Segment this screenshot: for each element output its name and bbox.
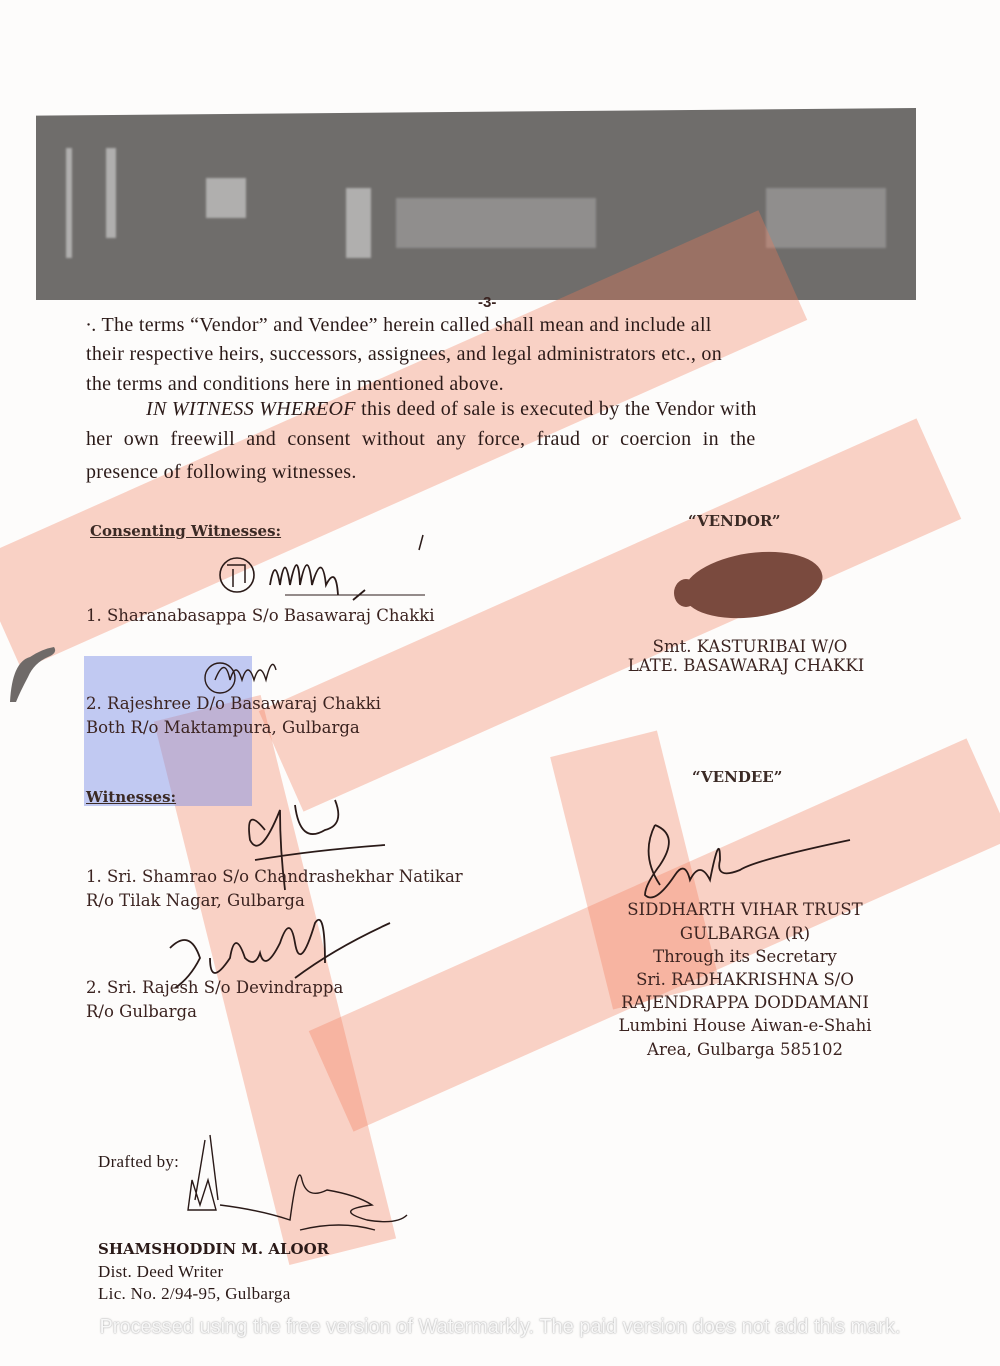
consenting-witness-2-residence: Both R/o Maktampura, Gulbarga	[86, 718, 360, 737]
vendor-heading: “VENDOR”	[688, 512, 780, 530]
signature-sharanabasappa	[215, 535, 445, 610]
paragraph-line: presence of following witnesses.	[86, 461, 357, 484]
vendee-line-1: SIDDHARTH VIHAR TRUST	[595, 900, 895, 919]
paragraph-line: ∙. The terms “Vendor” and Vendee” herein…	[86, 314, 712, 337]
vendor-name-line2: LATE. BASAWARAJ CHAKKI	[596, 656, 896, 675]
witnesses-heading: Witnesses:	[86, 788, 176, 806]
paragraph-line: their respective heirs, successors, assi…	[86, 343, 722, 366]
vendee-line-7: Area, Gulbarga 585102	[595, 1040, 895, 1059]
signature-radhakrishna	[630, 820, 870, 900]
vendee-line-3: Through its Secretary	[595, 947, 895, 966]
paragraph-line: the terms and conditions here in mention…	[86, 373, 504, 396]
vendee-line-5: RAJENDRAPPA DODDAMANI	[595, 993, 895, 1012]
paragraph-text: this deed of sale is executed by the Ven…	[356, 398, 757, 420]
vendor-thumbprint	[668, 548, 828, 623]
witness-whereof-phrase: IN WITNESS WHEREOF	[146, 398, 356, 420]
watermark-notice: Processed using the free version of Wate…	[0, 1316, 1000, 1339]
consenting-witness-2: 2. Rajeshree D/o Basawaraj Chakki	[86, 694, 381, 713]
vendee-line-2: GULBARGA (R)	[595, 924, 895, 943]
drafter-name: SHAMSHODDIN M. ALOOR	[98, 1240, 329, 1258]
witness-2-residence: R/o Gulbarga	[86, 1002, 197, 1021]
drafter-license: Lic. No. 2/94-95, Gulbarga	[98, 1284, 291, 1304]
witness-1-residence: R/o Tilak Nagar, Gulbarga	[86, 891, 305, 910]
vendor-name-line1: Smt. KASTURIBAI W/O	[600, 637, 900, 656]
signature-drafter	[180, 1135, 420, 1230]
vendee-line-4: Sri. RADHAKRISHNA S/O	[595, 970, 895, 989]
witness-1: 1. Sri. Shamrao S/o Chandrashekhar Natik…	[86, 867, 463, 886]
vendee-line-6: Lumbini House Aiwan-e-Shahi	[595, 1016, 895, 1035]
drafted-by-label: Drafted by:	[98, 1152, 179, 1172]
witness-2: 2. Sri. Rajesh S/o Devindrappa	[86, 978, 343, 997]
consenting-witness-1: 1. Sharanabasappa S/o Basawaraj Chakki	[86, 606, 435, 625]
ink-mark	[8, 640, 58, 710]
signature-rajeshree	[200, 650, 300, 695]
paragraph-line: her own freewill and consent without any…	[86, 428, 756, 451]
paragraph-line: IN WITNESS WHEREOF this deed of sale is …	[146, 398, 757, 421]
page-number: -3-	[478, 294, 496, 311]
drafter-title: Dist. Deed Writer	[98, 1262, 223, 1282]
vendee-heading: “VENDEE”	[692, 768, 782, 786]
